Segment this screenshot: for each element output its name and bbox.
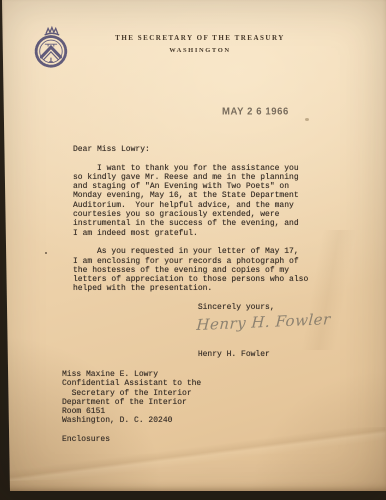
letter-photo: THE SECRETARY OF THE TREASURY WASHINGTON… xyxy=(0,0,386,500)
letterhead-city: WASHINGTON xyxy=(14,47,386,54)
letter-paper: THE SECRETARY OF THE TREASURY WASHINGTON… xyxy=(0,0,386,491)
paper-speck xyxy=(45,252,47,254)
letterhead-office: THE SECRETARY OF THE TREASURY xyxy=(14,34,386,42)
date-stamp: MAY 2 6 1966 xyxy=(222,106,289,118)
paper-speck xyxy=(305,118,309,121)
letterhead: THE SECRETARY OF THE TREASURY WASHINGTON xyxy=(14,34,386,54)
recipient-block: Miss Maxine E. Lowry Confidential Assist… xyxy=(62,370,201,444)
